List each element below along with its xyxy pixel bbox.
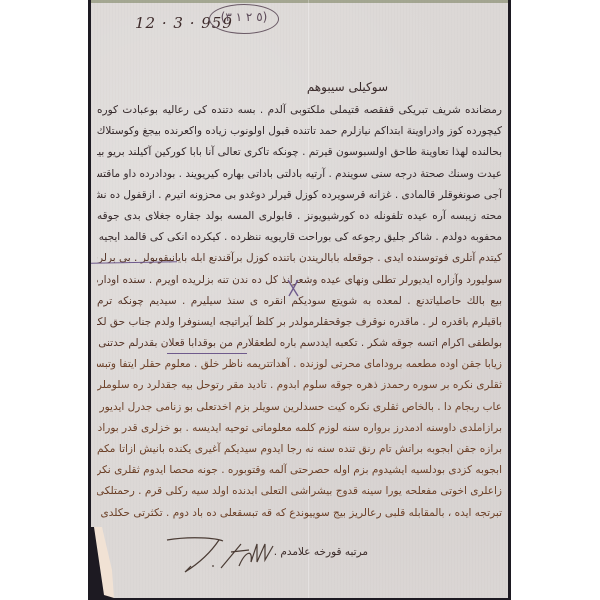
body-line-19: زاعلرى اخوتى مفعلحه يورا سينه قدوج بيشرا… (97, 481, 502, 502)
body-line-6: محته زيبسه آره عيده تلفونله ده كورشيويون… (97, 206, 502, 227)
body-line-18: ابجوبه كزدى بودلسيه ايشيدوم بزم اوله حصر… (97, 460, 502, 481)
body-line-12: بولطقى اكرام اتسه جوقه شكر . تكعبه ايددس… (97, 333, 502, 354)
body-line-15: عاب ربجام دا . بالخاص ثقلرى نكره كيت حسد… (97, 397, 502, 418)
body-line-13: زيابا جقن اوده مطعمه بروداماى محرتى لوزن… (97, 354, 502, 375)
closing-line: مرتبه قورخه علامدم . (274, 546, 368, 558)
purple-underline-mark-2 (167, 353, 247, 354)
purple-x-mark (286, 279, 300, 297)
top-edge-strip (91, 0, 508, 3)
body-line-11: باقيلرم باقدره لر . ماقدره نوقرف جوقحقلر… (97, 312, 502, 333)
body-line-17: برازه جقن ابجوبه براتش تام رنق تنده سنه … (97, 439, 502, 460)
signature (161, 532, 281, 580)
circled-pencil-annotation: (٥ ٢ ١ ٣) (209, 4, 279, 34)
body-line-16: برازاملدى داوسنه ادمدرز برواره سنه لوزم … (97, 418, 502, 439)
body-line-1: رمضانده شريف تبريكى قفقصه قتيملى ملكتوبى… (97, 100, 502, 121)
salutation: سوكيلى سيبوهم (307, 80, 388, 94)
body-line-3: بحالنده لهذا تعاوينة طاحق اولسبوسون قيرت… (97, 142, 502, 163)
letter-paper: 12 · 3 · 959 (٥ ٢ ١ ٣) سوكيلى سيبوهم رمض… (91, 0, 508, 598)
scanned-document-canvas: 12 · 3 · 959 (٥ ٢ ١ ٣) سوكيلى سيبوهم رمض… (0, 0, 600, 600)
body-line-14: ثقلرى نكره بر سوره رحمدز ذهره جوقه سلوم … (97, 375, 502, 396)
letter-body: رمضانده شريف تبريكى قفقصه قتيملى ملكتوبى… (97, 100, 502, 524)
body-line-2: كيچورده كوز وادراوينة ابتداكم نيازلرم حم… (97, 121, 502, 142)
body-line-7: محفوبه دولدم . شاكر جليق رجوعه كى بوراحت… (97, 227, 502, 248)
body-line-5: آجى صونغوقلر قالمادى . غزانه قرسويرده كو… (97, 185, 502, 206)
folded-torn-corner (88, 525, 128, 600)
body-line-4: عيدت وسنك صحتة درجه سنى سويندم . آرتيه ب… (97, 164, 502, 185)
body-line-8: كيتدم آتلرى فوتوسنده ايدى . جوقعله بابال… (97, 248, 502, 269)
body-line-20: تبرتجه ايده ، بالمقابله قلبى رعالريز بيج… (97, 503, 502, 524)
